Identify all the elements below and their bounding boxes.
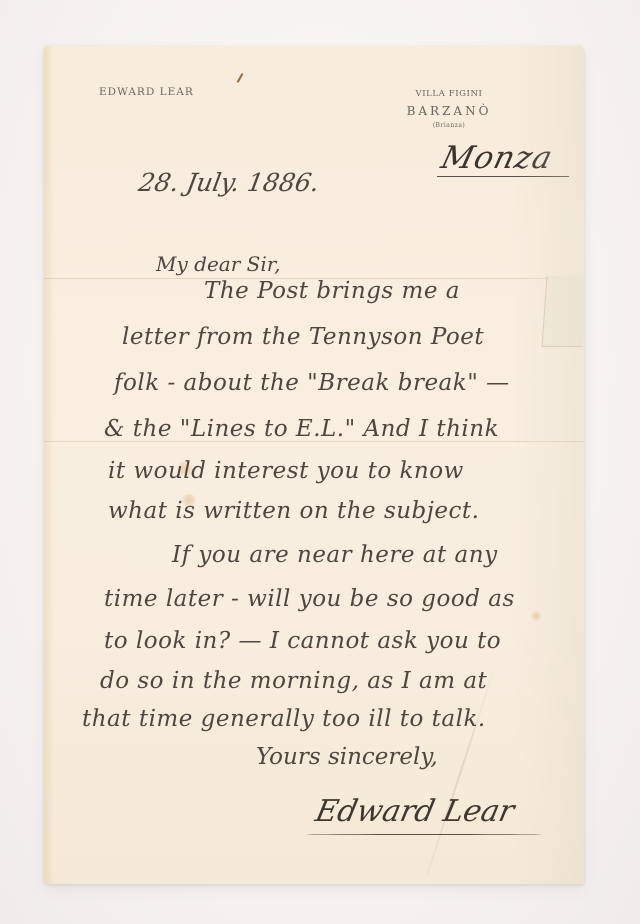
letterhead-town: BARZANÒ (384, 104, 514, 118)
letterhead-name: EDWARD LEAR (99, 86, 194, 98)
foxing-stain (531, 611, 541, 621)
closing: Yours sincerely, (256, 744, 438, 770)
place-underline (437, 176, 569, 177)
body-line: letter from the Tennyson Poet (122, 324, 484, 350)
handwritten-place: Monza (438, 140, 557, 176)
signature-flourish (306, 834, 542, 835)
body-line: time later - will you be so good as (104, 586, 515, 612)
letter-date: 28. July. 1886. (136, 168, 321, 197)
paper-crease (426, 666, 496, 876)
body-line: & the "Lines to E.L." And I think (104, 416, 499, 442)
body-line: do so in the morning, as I am at (100, 668, 487, 694)
salutation: My dear Sir, (156, 252, 280, 276)
body-line: it would interest you to know (108, 458, 464, 484)
letterhead-address: VILLA FIGINI BARZANÒ (Brianza) (384, 89, 514, 129)
pencil-mark (237, 73, 244, 83)
signature: Edward Lear (312, 794, 517, 829)
body-line: that time generally too ill to talk. (82, 706, 486, 732)
body-line: The Post brings me a (204, 278, 460, 304)
body-line: If you are near here at any (172, 542, 498, 568)
letterhead-villa: VILLA FIGINI (384, 89, 514, 99)
paper-tear (542, 276, 584, 347)
letter-sheet: EDWARD LEAR VILLA FIGINI BARZANÒ (Brianz… (44, 46, 584, 884)
body-line: to look in? — I cannot ask you to (104, 628, 501, 654)
body-line: folk - about the "Break break" — (114, 370, 510, 396)
body-line: what is written on the subject. (108, 498, 479, 524)
letterhead-region: (Brianza) (384, 122, 514, 129)
